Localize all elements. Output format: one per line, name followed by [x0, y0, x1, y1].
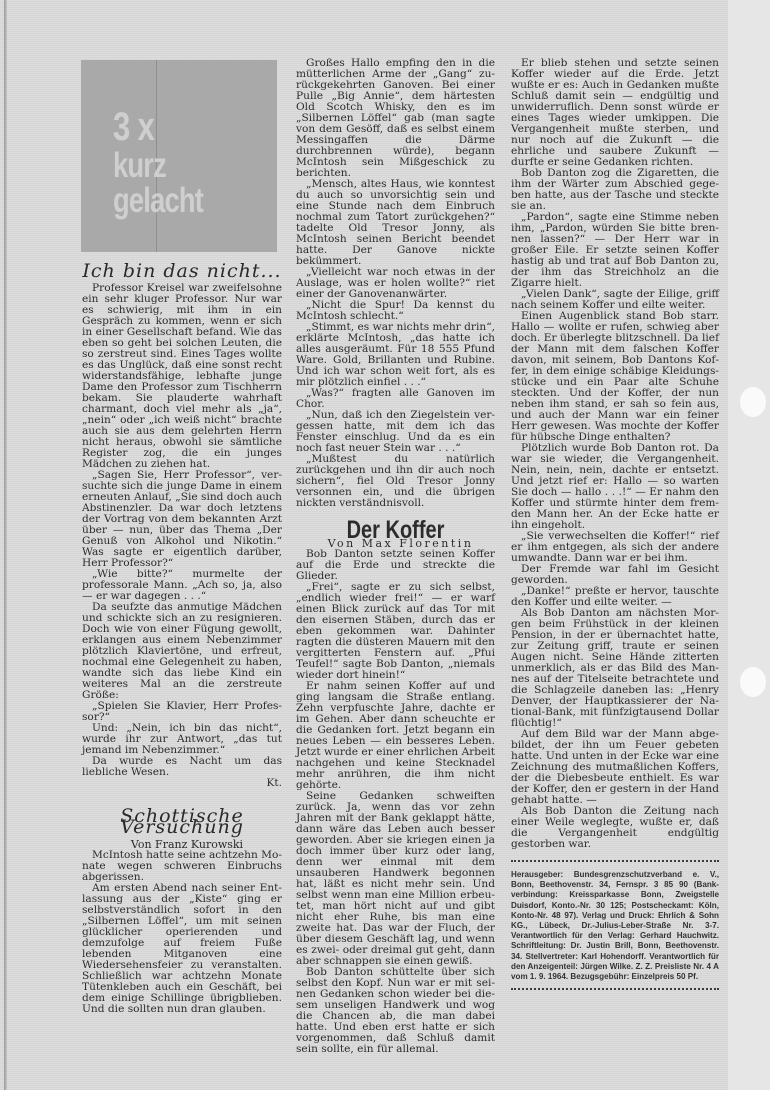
paragraph: Bob Danton setzte seinen Koffer auf die … — [296, 549, 495, 582]
paragraph: „Vielleicht war noch etwas in der Auslag… — [296, 267, 495, 300]
paragraph: Großes Hallo empfing den in die mütterli… — [296, 58, 495, 179]
paragraph: Am ersten Abend nach seiner Ent­lassung … — [82, 883, 282, 1015]
column-2: Großes Hallo empfing den in die mütterli… — [296, 58, 495, 1055]
paragraph: Und: „Nein, ich bin das nicht“, wurde ih… — [82, 723, 282, 756]
banner-line-2: kurz — [113, 148, 203, 183]
paragraph: Bob Danton zog die Zigaretten, die ihm d… — [511, 168, 719, 212]
banner-line-1: 3 x — [113, 106, 203, 148]
paragraph: Als Bob Danton die Zeitung nach einer We… — [511, 806, 719, 850]
paragraph: „Mußtest du natürlich zurückgehen und ih… — [296, 454, 495, 509]
signature-row: Kt. — [82, 778, 282, 789]
paragraph-last: Da wurde es Nacht um das liebliche Wesen… — [82, 756, 282, 778]
paragraph: Einen Augenblick stand Bob starr. Hallo … — [511, 311, 719, 443]
paragraph: „Was?“ fragten alle Ganoven im Chor. — [296, 388, 495, 410]
imprint-divider-top — [511, 860, 719, 864]
paragraph: Da seufzte das anmutige Mädchen und schi… — [82, 602, 282, 701]
paragraph: „Nicht die Spur! Da kennst du McIntosh s… — [296, 300, 495, 322]
paragraph: „Sie verwechselten die Koffer!“ rief er … — [511, 531, 719, 564]
paragraph: McIntosh hatte seine achtzehn Mo­nate we… — [82, 850, 282, 883]
paragraph: „Wie bitte?“ murmelte der professo­rale … — [82, 569, 282, 602]
paragraph: „Frei“, sagte er zu sich selbst, „end­li… — [296, 582, 495, 681]
paragraph: Er nahm seinen Koffer auf und ging langs… — [296, 681, 495, 791]
paragraph: Auf dem Bild war der Mann abge­bildet, d… — [511, 729, 719, 806]
author-signature: Kt. — [266, 778, 282, 789]
publisher-imprint: Herausgeber: Bundesgrenzschutzverband e.… — [511, 870, 719, 982]
paragraph: Er blieb stehen und setzte seinen Koffer… — [511, 58, 719, 168]
paragraph: „Stimmt, es war nichts mehr drin“, erklä… — [296, 322, 495, 388]
page-margin-strip — [728, 0, 770, 1090]
newspaper-page: 3 x kurz gelacht Ich bin das nicht... Pr… — [0, 0, 770, 1090]
paragraph: „Pardon“, sagte eine Stimme neben ihm, „… — [511, 212, 719, 289]
paragraph: Professor Kreisel war zweifelsohne ein s… — [82, 283, 282, 470]
banner-headline: 3 x kurz gelacht — [113, 106, 203, 218]
banner-line-3: gelacht — [113, 183, 203, 218]
column-1: Ich bin das nicht... Professor Kreisel w… — [82, 266, 282, 1015]
paragraph: Plötzlich wurde Bob Danton rot. Da war s… — [511, 443, 719, 531]
paragraph: Seine Gedanken schweiften zurück. Ja, we… — [296, 791, 495, 967]
paragraph: „Sagen Sie, Herr Professor“, ver­suchte … — [82, 470, 282, 569]
story-title-ich-bin-das-nicht: Ich bin das nicht... — [82, 266, 282, 277]
punch-hole-top — [740, 387, 766, 417]
paragraph: „Vielen Dank“, sagte der Eilige, griff n… — [511, 289, 719, 311]
story-title-schottische-versuchung: Schottische Versuchung — [82, 811, 282, 833]
punch-hole-bottom — [740, 667, 766, 697]
paragraph: Bob Danton schüttelte über sich selbst d… — [296, 967, 495, 1055]
paragraph: „Spielen Sie Klavier, Herr Profes­sor?“ — [82, 701, 282, 723]
paragraph: Der Fremde war fahl im Gesicht geworden. — [511, 564, 719, 586]
paragraph: „Mensch, altes Haus, wie konntest du auc… — [296, 179, 495, 267]
section-banner: 3 x kurz gelacht — [81, 60, 277, 252]
closing-line: Da wurde es Nacht um das liebliche Wesen… — [82, 755, 282, 778]
story-title-der-koffer: Der Koffer — [316, 525, 475, 536]
paragraph: Als Bob Danton am nächsten Mor­gen beim … — [511, 608, 719, 729]
column-3: Er blieb stehen und setzte seinen Koffer… — [511, 58, 719, 998]
paragraph: „Nun, daß ich den Ziegelstein ver­gessen… — [296, 410, 495, 454]
paragraph: „Danke!“ preßte er hervor, tauschte den … — [511, 586, 719, 608]
imprint-divider-bottom — [511, 988, 719, 992]
